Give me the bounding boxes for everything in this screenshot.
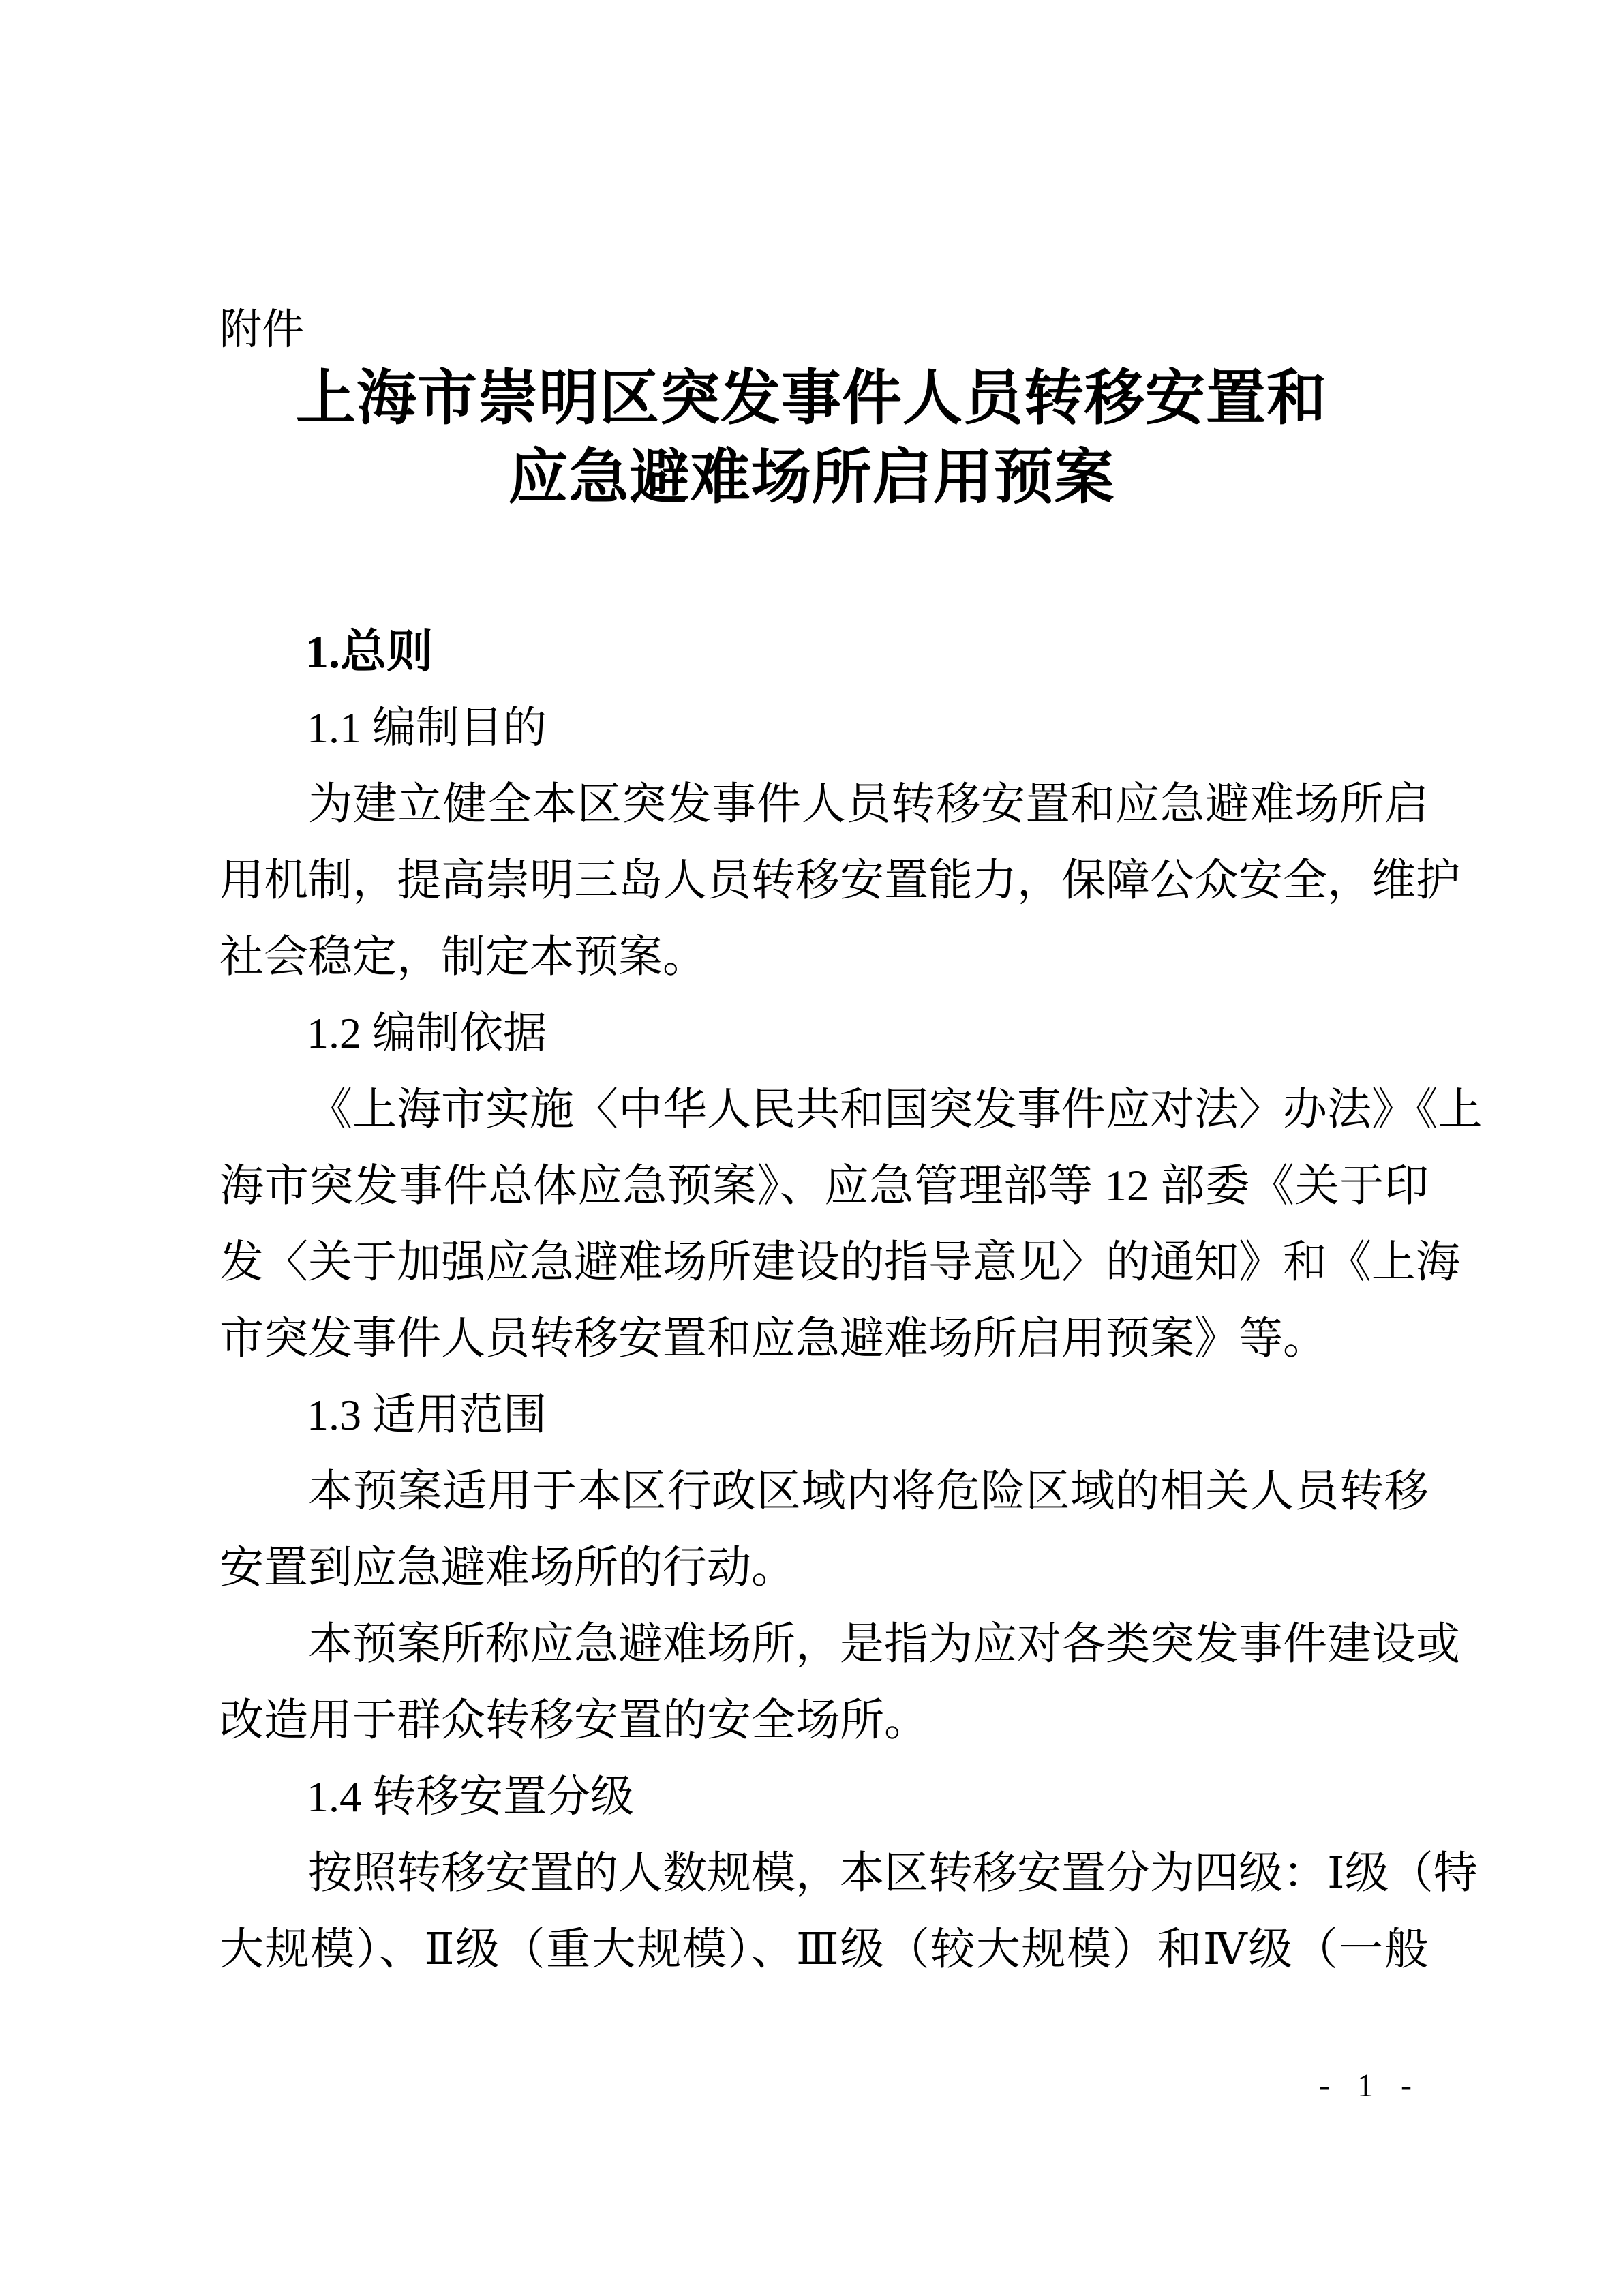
document-line: 社会稳定，制定本预案。 [219,919,1429,995]
document-line: 《上海市实施〈中华人民共和国突发事件应对法〉办法》《上 [219,1072,1429,1148]
document-line: 1.3 适用范围 [219,1377,1429,1453]
document-line: 海市突发事件总体应急预案》、应急管理部等 12 部委《关于印 [219,1148,1429,1224]
document-line: 市突发事件人员转移安置和应急避难场所启用预案》等。 [219,1301,1429,1377]
document-line: 1.1 编制目的 [219,690,1429,766]
document-body: 1.总则1.1 编制目的为建立健全本区突发事件人员转移安置和应急避难场所启用机制… [219,614,1429,1988]
document-line: 本预案适用于本区行政区域内将危险区域的相关人员转移 [219,1453,1429,1530]
document-line: 1.4 转移安置分级 [219,1759,1429,1835]
document-line: 1.总则 [219,614,1429,690]
document-line: 为建立健全本区突发事件人员转移安置和应急避难场所启 [219,766,1429,843]
document-line: 本预案所称应急避难场所，是指为应对各类突发事件建设或 [219,1606,1429,1682]
document-line: 按照转移安置的人数规模，本区转移安置分为四级：Ⅰ级（特 [219,1835,1429,1912]
document-line: 大规模）、Ⅱ级（重大规模）、Ⅲ级（较大规模）和Ⅳ级（一般 [219,1912,1429,1988]
title-line-1: 上海市崇明区突发事件人员转移安置和 [0,360,1623,439]
document-title: 上海市崇明区突发事件人员转移安置和 应急避难场所启用预案 [0,360,1623,518]
document-line: 用机制，提高崇明三岛人员转移安置能力，保障公众安全，维护 [219,843,1429,919]
title-line-2: 应急避难场所启用预案 [0,439,1623,518]
document-page: 附件 上海市崇明区突发事件人员转移安置和 应急避难场所启用预案 1.总则1.1 … [0,0,1623,2296]
document-line: 改造用于群众转移安置的安全场所。 [219,1682,1429,1759]
document-line: 发〈关于加强应急避难场所建设的指导意见〉的通知》和《上海 [219,1224,1429,1301]
page-number: - 1 - [1319,2064,1421,2108]
document-line: 1.2 编制依据 [219,995,1429,1072]
attachment-label: 附件 [219,301,304,359]
document-line: 安置到应急避难场所的行动。 [219,1530,1429,1606]
